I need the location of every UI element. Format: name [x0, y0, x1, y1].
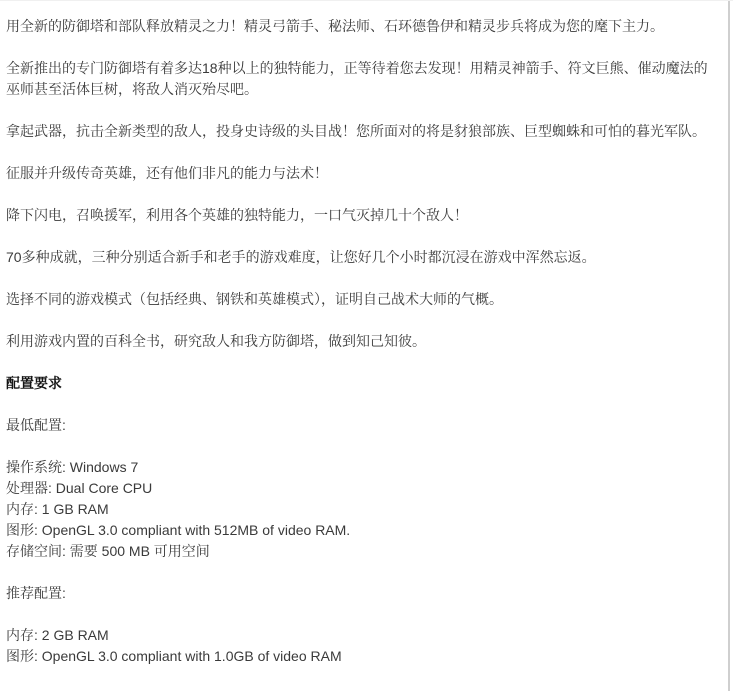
right-border-divider	[728, 1, 730, 691]
spec-line-graphics: 图形: OpenGL 3.0 compliant with 512MB of v…	[6, 520, 713, 541]
system-requirements-heading: 配置要求	[6, 373, 713, 394]
description-paragraph: 全新推出的专门防御塔有着多达18种以上的独特能力，正等待着您去发现！用精灵神箭手…	[6, 58, 713, 100]
minimum-spec-list: 操作系统: Windows 7 处理器: Dual Core CPU 内存: 1…	[6, 457, 713, 562]
minimum-config-label: 最低配置:	[6, 415, 713, 436]
game-description-page: 用全新的防御塔和部队释放精灵之力！精灵弓箭手、秘法师、石环德鲁伊和精灵步兵将成为…	[0, 0, 733, 691]
description-paragraph: 降下闪电，召唤援军，利用各个英雄的独特能力，一口气灭掉几十个敌人！	[6, 205, 713, 226]
recommended-config-label: 推荐配置:	[6, 583, 713, 604]
description-paragraph: 70多种成就，三种分别适合新手和老手的游戏难度，让您好几个小时都沉浸在游戏中浑然…	[6, 247, 713, 268]
spec-line-ram: 内存: 1 GB RAM	[6, 499, 713, 520]
recommended-spec-list: 内存: 2 GB RAM 图形: OpenGL 3.0 compliant wi…	[6, 625, 713, 667]
description-paragraph: 用全新的防御塔和部队释放精灵之力！精灵弓箭手、秘法师、石环德鲁伊和精灵步兵将成为…	[6, 16, 713, 37]
description-paragraph: 拿起武器，抗击全新类型的敌人，投身史诗级的头目战！您所面对的将是豺狼部族、巨型蜘…	[6, 121, 713, 142]
spec-line-storage: 存储空间: 需要 500 MB 可用空间	[6, 541, 713, 562]
spec-line-os: 操作系统: Windows 7	[6, 457, 713, 478]
spec-line-cpu: 处理器: Dual Core CPU	[6, 478, 713, 499]
description-paragraph: 征服并升级传奇英雄，还有他们非凡的能力与法术！	[6, 163, 713, 184]
description-paragraph: 利用游戏内置的百科全书，研究敌人和我方防御塔，做到知己知彼。	[6, 331, 713, 352]
spec-line-ram: 内存: 2 GB RAM	[6, 625, 713, 646]
description-content: 用全新的防御塔和部队释放精灵之力！精灵弓箭手、秘法师、石环德鲁伊和精灵步兵将成为…	[6, 16, 713, 667]
spec-line-graphics: 图形: OpenGL 3.0 compliant with 1.0GB of v…	[6, 646, 713, 667]
description-paragraph: 选择不同的游戏模式（包括经典、钢铁和英雄模式），证明自己战术大师的气概。	[6, 289, 713, 310]
